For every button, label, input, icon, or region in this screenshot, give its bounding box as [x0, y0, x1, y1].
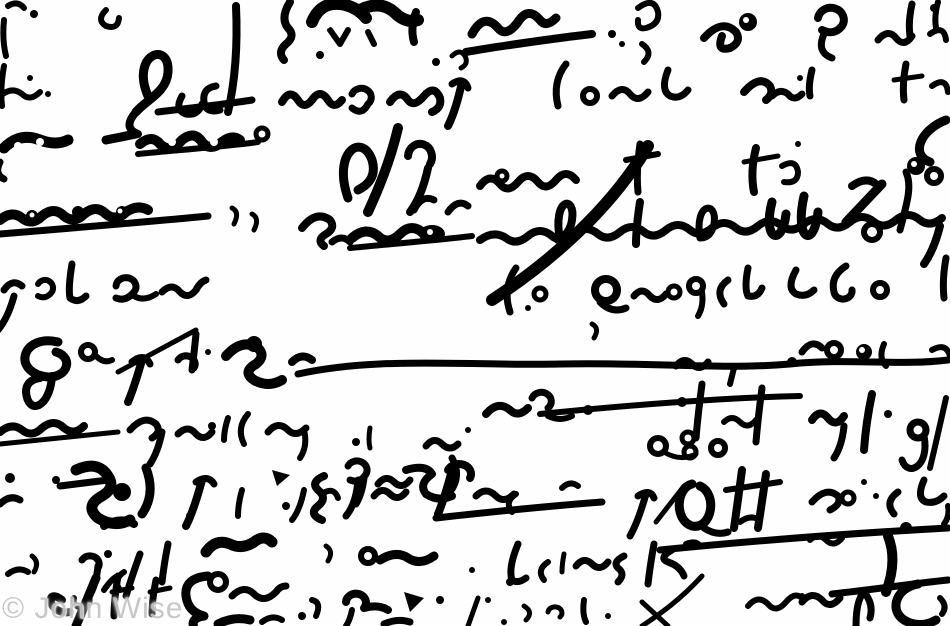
watermark-text: © John Wise	[2, 592, 184, 625]
watermark: © John Wise	[2, 592, 184, 626]
ink-strokes	[0, 2, 950, 626]
handwriting-ink	[0, 0, 950, 626]
manuscript-photo: © John Wise	[0, 0, 950, 626]
